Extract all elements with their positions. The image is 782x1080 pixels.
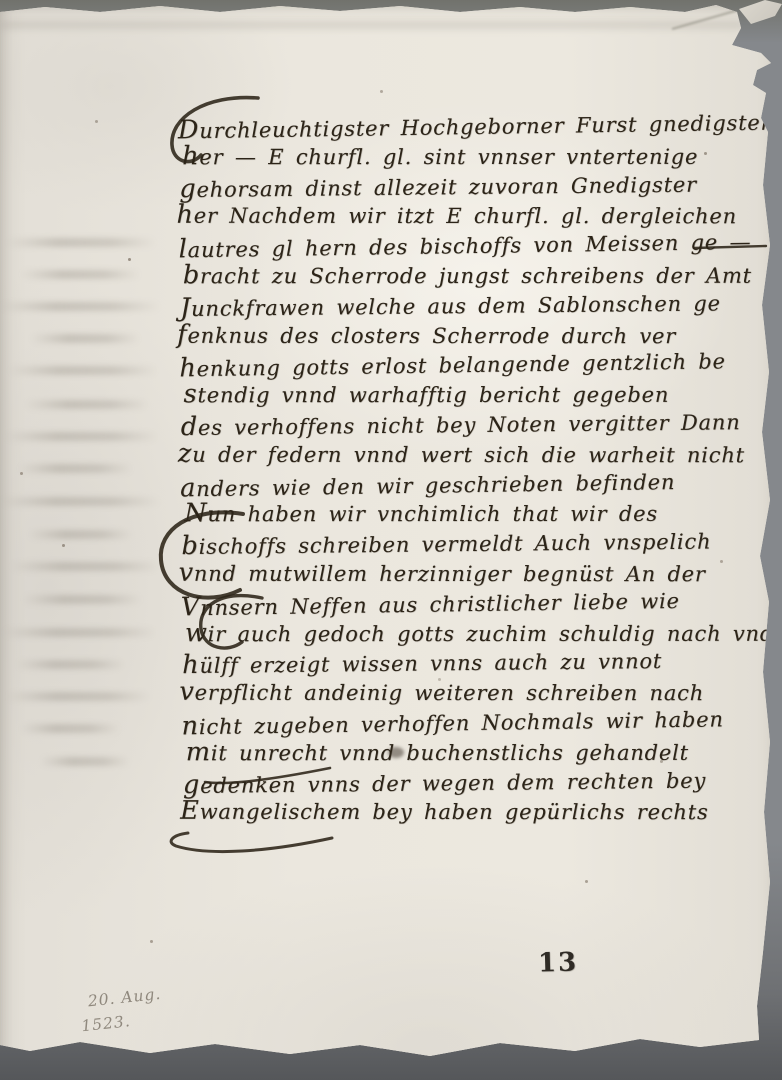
manuscript-line: stendig vnnd warhafftig bericht gegeben bbox=[184, 380, 772, 410]
photo-backdrop: Durchleuchtigster Hochgeborner Furst gne… bbox=[0, 0, 782, 1080]
manuscript-line: Nun haben wir vnchimlich that wir des bbox=[184, 499, 772, 529]
manuscript-line: wir auch gedoch gotts zuchim schuldig na… bbox=[185, 618, 773, 648]
manuscript-text: Durchleuchtigster Hochgeborner Furst gne… bbox=[178, 110, 770, 829]
manuscript-line: nicht zugeben verhoffen Nochmals wir hab… bbox=[181, 704, 769, 743]
manuscript-line: Junckfrawen welche aus dem Sablonschen g… bbox=[180, 288, 768, 324]
manuscript-page: Durchleuchtigster Hochgeborner Furst gne… bbox=[0, 0, 782, 1080]
manuscript-line: Vnnsern Neffen aus christlicher liebe wi… bbox=[181, 584, 769, 623]
manuscript-line: mit unrecht vnnd buchenstlichs gehandelt bbox=[186, 737, 774, 767]
manuscript-line: her Nachdem wir itzt E churfl. gl. dergl… bbox=[176, 201, 764, 231]
manuscript-line: zu der federn vnnd wert sich die warheit… bbox=[178, 440, 766, 470]
manuscript-line: her — E churfl. gl. sint vnnser vnterten… bbox=[182, 142, 770, 172]
manuscript-line: hülff erzeigt wissen vnns auch zu vnnot bbox=[182, 645, 770, 681]
foxing-specks bbox=[128, 258, 131, 261]
manuscript-line: Ewangelischem bey haben gepürlichs recht… bbox=[180, 797, 768, 827]
manuscript-line: bracht zu Scherrode jungst schreibens de… bbox=[183, 261, 771, 291]
manuscript-line: Durchleuchtigster Hochgeborner Furst gne… bbox=[178, 108, 766, 147]
manuscript-line: bischoffs schreiben vermeldt Auch vnspel… bbox=[181, 526, 769, 562]
archival-date-annotation: 20. Aug. 1523. bbox=[78, 982, 165, 1038]
torn-paper-shred bbox=[739, 0, 782, 24]
manuscript-line: gedenken vnns der wegen dem rechten bey bbox=[183, 764, 771, 800]
top-crease bbox=[0, 22, 745, 28]
page-number: 13 bbox=[538, 947, 579, 978]
manuscript-line: vnnd mutwillem herzinniger begnüst An de… bbox=[179, 559, 767, 589]
manuscript-line: gehorsam dinst allezeit zuvoran Gnedigst… bbox=[179, 169, 767, 205]
manuscript-line: henkung gotts erlost belangende gentzlic… bbox=[179, 346, 767, 385]
underline-flourish-line24 bbox=[171, 833, 332, 852]
manuscript-line: verpflicht andeinig weiteren schreiben n… bbox=[179, 678, 767, 708]
manuscript-line: lautres gl hern des bischoffs von Meisse… bbox=[178, 227, 766, 266]
manuscript-line: des verhoffens nicht bey Noten vergitter… bbox=[181, 407, 769, 443]
